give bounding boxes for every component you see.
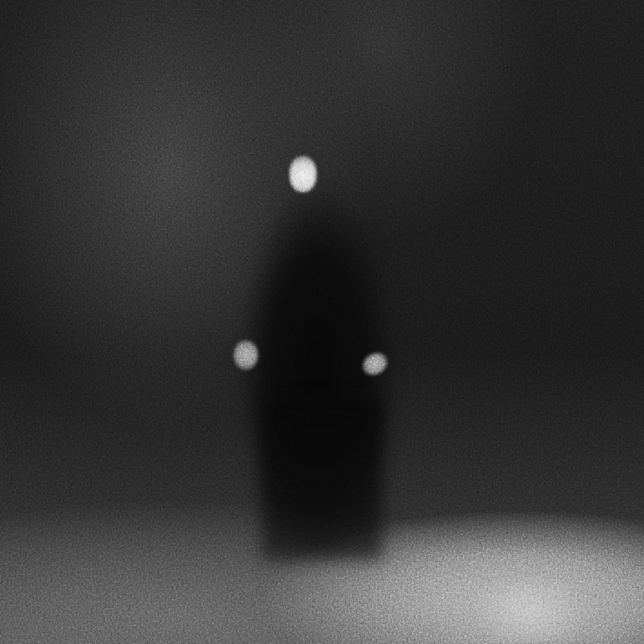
grain-texture-dark bbox=[0, 0, 644, 644]
photo-scene: Noisy grayscale night photograph of a da… bbox=[0, 0, 644, 644]
